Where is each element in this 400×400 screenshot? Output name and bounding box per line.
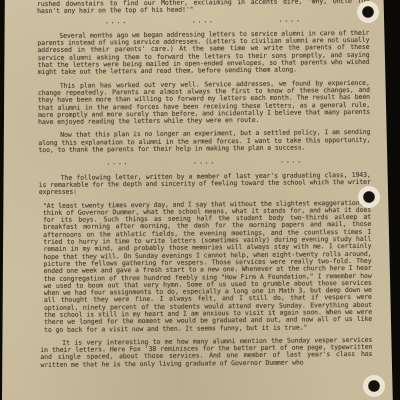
- punch-hole: [357, 1, 379, 23]
- paragraph-letter-intro: The following letter, written by a membe…: [39, 171, 371, 196]
- alumni-letter-quote: "At least twenty times every day, and I …: [39, 199, 372, 334]
- typewritten-text-block: rushed downstairs to find our Mother, ex…: [37, 0, 373, 369]
- separator-dots: ....: [279, 16, 302, 24]
- separator-dots: ....: [280, 158, 303, 166]
- section-separator: .... .... ....: [37, 15, 369, 25]
- separator-dots: ....: [106, 159, 129, 167]
- continuation-paragraph: rushed downstairs to find our Mother, ex…: [37, 0, 369, 16]
- separator-dots: ....: [192, 17, 215, 25]
- paragraph-plan-policy: Now that this plan is no longer an exper…: [38, 129, 370, 154]
- section-separator: .... .... ....: [39, 157, 371, 167]
- scanned-paper-page: rushed downstairs to find our Mother, ex…: [0, 0, 400, 400]
- separator-dots: ....: [105, 18, 128, 26]
- paragraph-vespers-note: It is very interesting to me how many al…: [40, 337, 372, 369]
- punch-hole: [358, 186, 380, 208]
- paragraph-plan-results: This plan has worked out very well. Serv…: [38, 79, 370, 126]
- paragraph-mailing-plan: Several months ago we began addressing l…: [37, 30, 369, 77]
- separator-dots: ....: [193, 159, 216, 167]
- punch-hole: [363, 375, 385, 397]
